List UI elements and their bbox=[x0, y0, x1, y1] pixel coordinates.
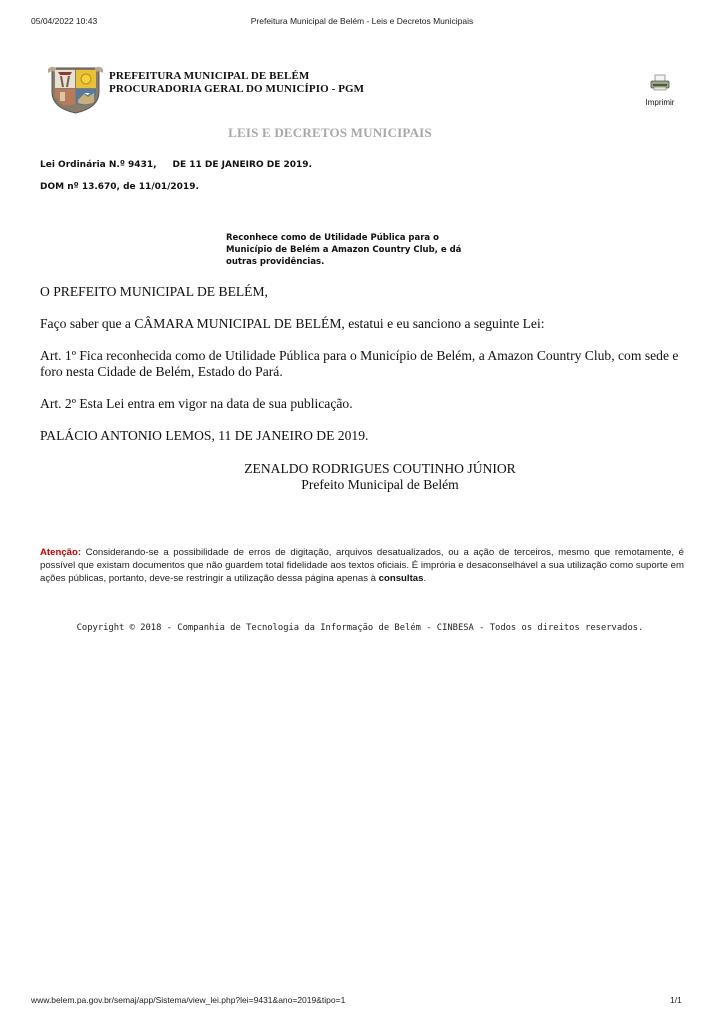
law-number-part-a: Lei Ordinária N.º 9431, bbox=[40, 160, 157, 170]
dom-reference: DOM nº 13.670, de 11/01/2019. bbox=[40, 182, 199, 192]
signatory-name: ZENALDO RODRIGUES COUTINHO JÚNIOR bbox=[160, 461, 600, 477]
org-name: PREFEITURA MUNICIPAL DE BELÉM bbox=[109, 70, 364, 83]
section-title: LEIS E DECRETOS MUNICIPAIS bbox=[0, 125, 660, 141]
disclaimer-label: Atenção: bbox=[40, 547, 81, 558]
disclaimer-end: . bbox=[423, 573, 426, 584]
law-summary: Reconhece como de Utilidade Pública para… bbox=[226, 232, 486, 268]
printer-icon bbox=[649, 74, 671, 92]
law-article-2: Art. 2º Esta Lei entra em vigor na data … bbox=[40, 396, 690, 412]
org-department: PROCURADORIA GERAL DO MUNICÍPIO - PGM bbox=[109, 83, 364, 96]
law-number-part-b: DE 11 DE JANEIRO DE 2019. bbox=[173, 160, 312, 170]
law-paragraph: O PREFEITO MUNICIPAL DE BELÉM, bbox=[40, 284, 690, 300]
law-article-1: Art. 1º Fica reconhecida como de Utilida… bbox=[40, 348, 690, 380]
law-paragraph: Faço saber que a CÂMARA MUNICIPAL DE BEL… bbox=[40, 316, 690, 332]
disclaimer-text: Considerando-se a possibilidade de erros… bbox=[40, 547, 684, 584]
org-header: PREFEITURA MUNICIPAL DE BELÉM PROCURADOR… bbox=[109, 70, 364, 96]
print-header: 05/04/2022 10:43 Prefeitura Municipal de… bbox=[0, 16, 724, 30]
law-number: Lei Ordinária N.º 9431,DE 11 DE JANEIRO … bbox=[40, 160, 312, 170]
copyright-notice: Copyright © 2018 - Companhia de Tecnolog… bbox=[40, 623, 680, 634]
belem-coat-of-arms-icon bbox=[48, 62, 103, 114]
print-url: www.belem.pa.gov.br/semaj/app/Sistema/vi… bbox=[31, 995, 345, 1005]
disclaimer: Atenção: Considerando-se a possibilidade… bbox=[40, 546, 684, 585]
signature-block: ZENALDO RODRIGUES COUTINHO JÚNIOR Prefei… bbox=[160, 461, 600, 493]
law-place-date: PALÁCIO ANTONIO LEMOS, 11 DE JANEIRO DE … bbox=[40, 428, 690, 444]
signatory-title: Prefeito Municipal de Belém bbox=[160, 477, 600, 493]
print-page-title: Prefeitura Municipal de Belém - Leis e D… bbox=[0, 16, 724, 26]
page-counter: 1/1 bbox=[670, 995, 682, 1005]
print-label[interactable]: Imprimir bbox=[638, 98, 682, 107]
disclaimer-emphasis: consultas bbox=[379, 573, 424, 584]
print-button[interactable]: Imprimir bbox=[638, 74, 682, 104]
